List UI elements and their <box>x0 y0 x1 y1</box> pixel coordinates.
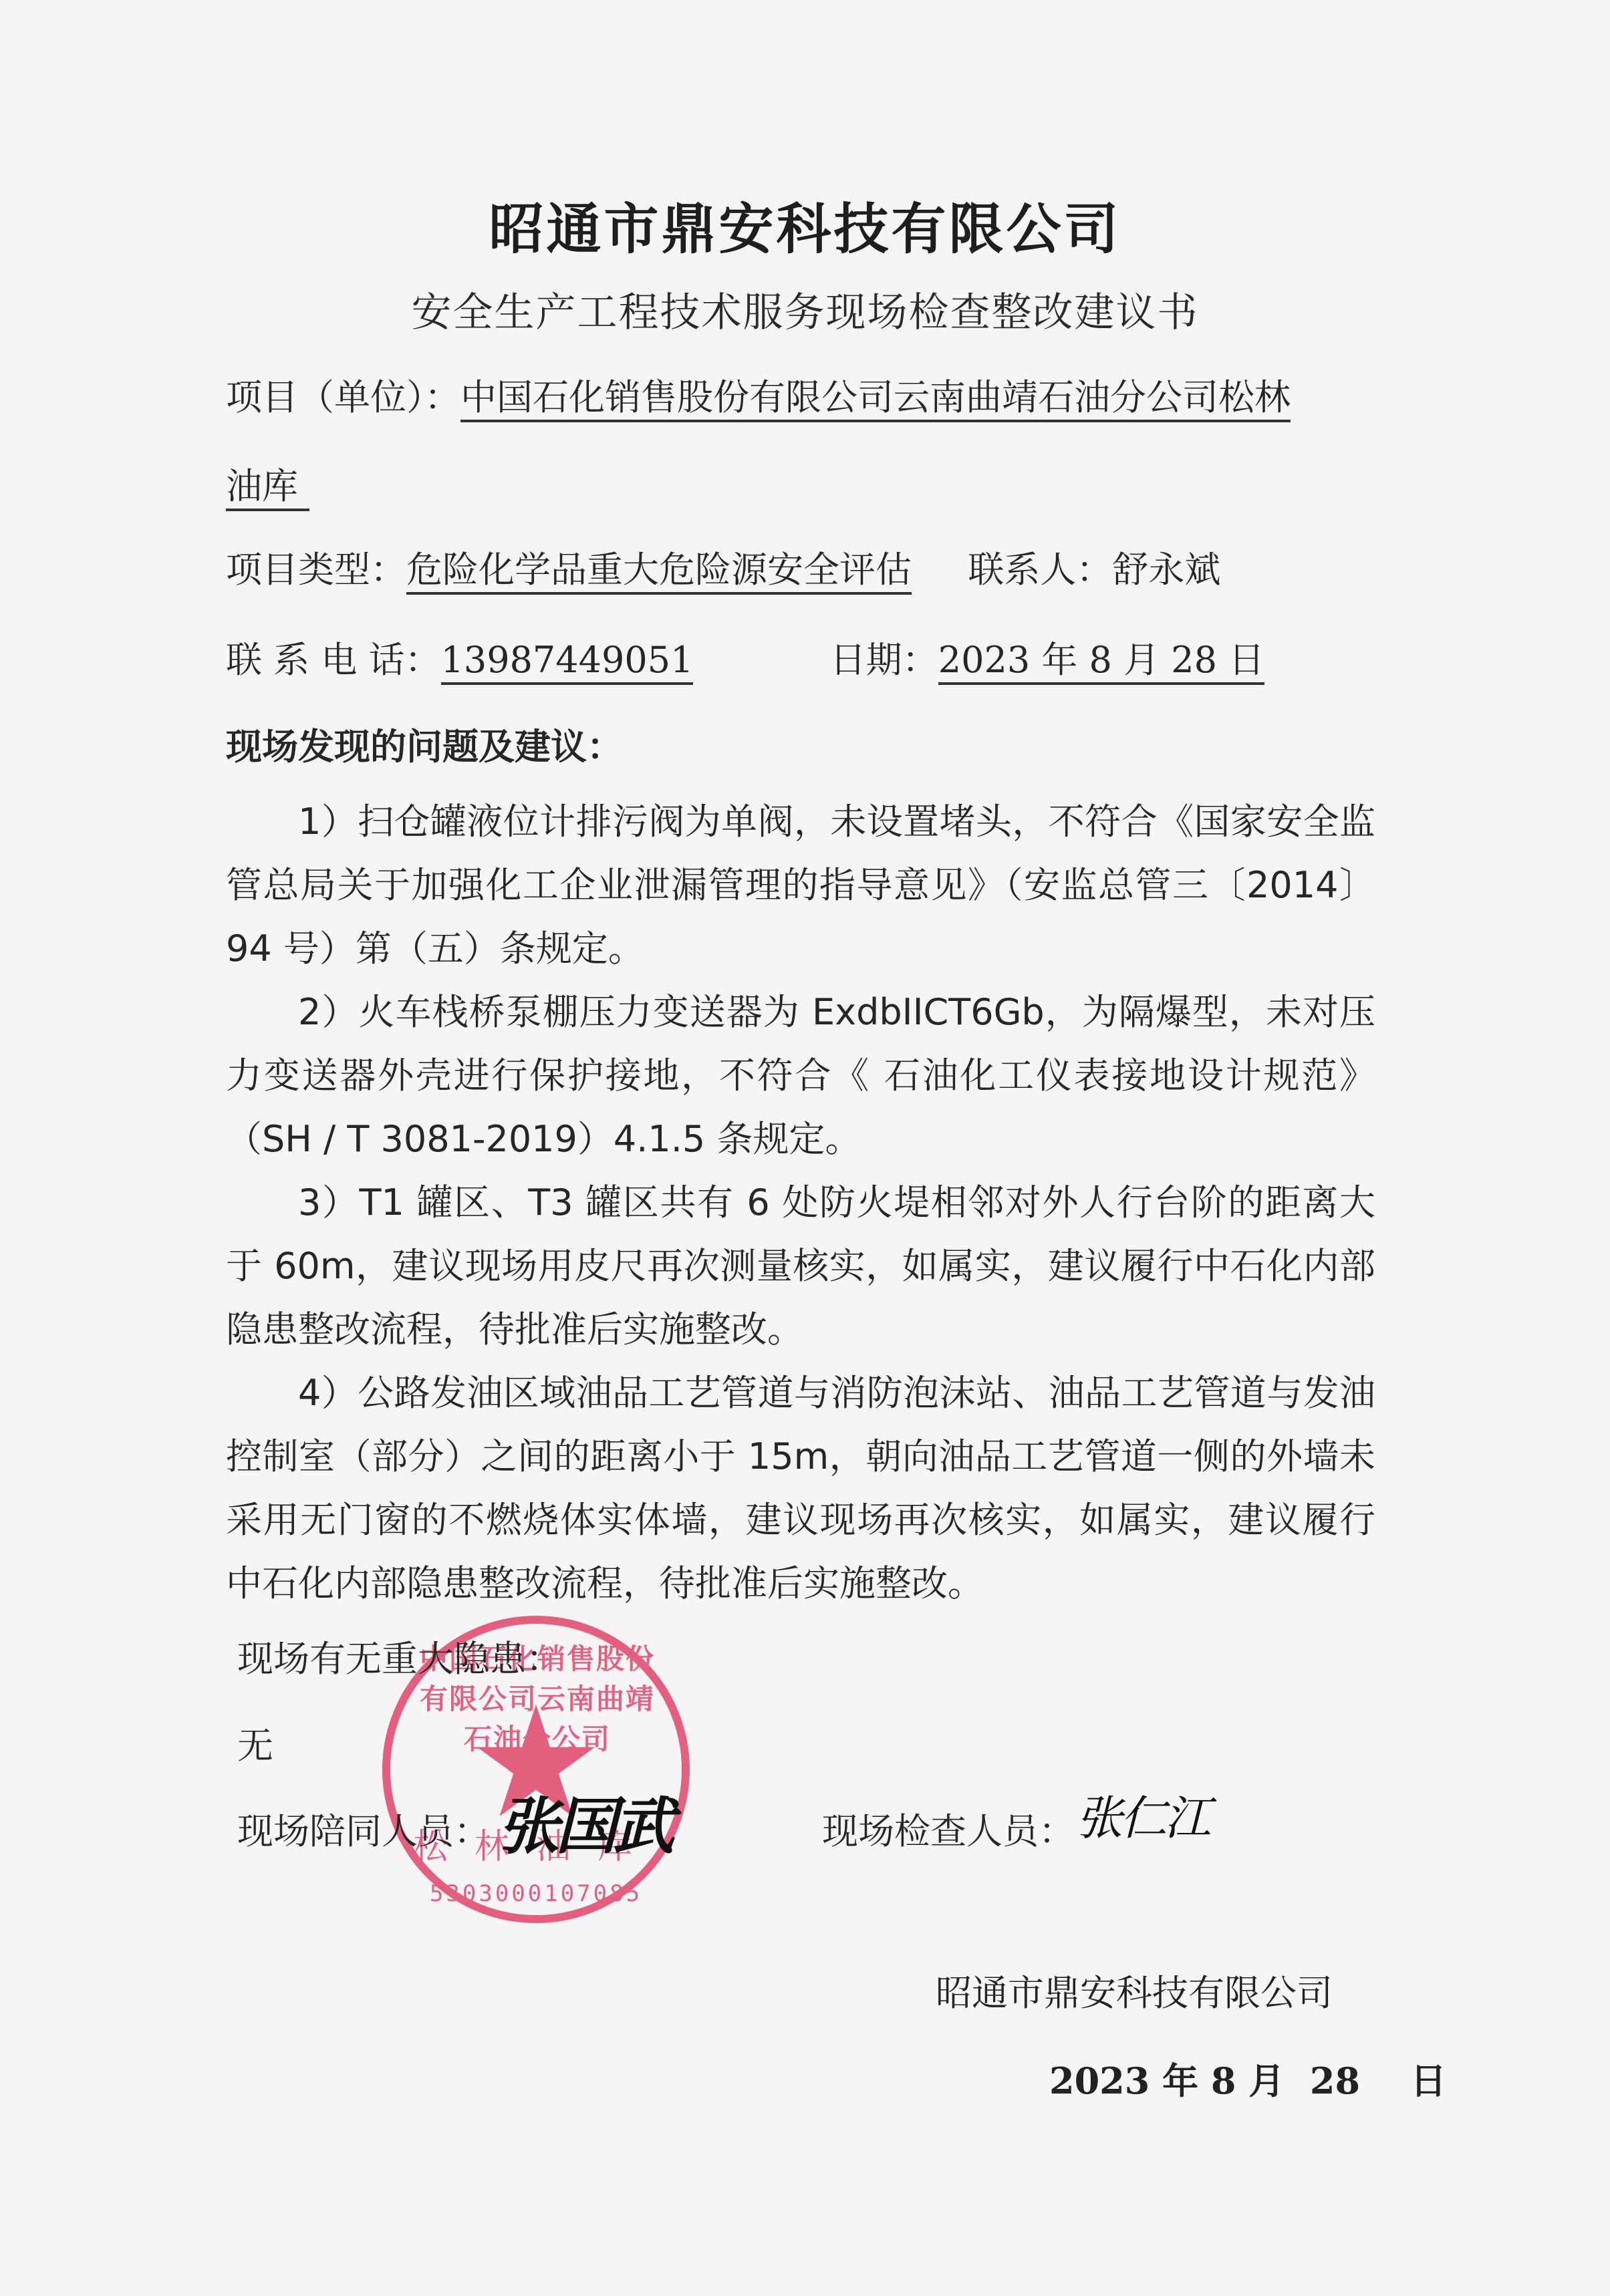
contact-label: 联系人： <box>968 549 1112 591</box>
accompany-signature: 张国武 <box>498 1777 670 1866</box>
project-value-cont: 油库 <box>226 465 298 511</box>
finding-item: 1）扫仓罐液位计排污阀为单阀，未设置堵头，不符合《国家安全监管总局关于加强化工企… <box>226 790 1375 980</box>
accompany-label: 现场陪同人员： <box>237 1803 490 1854</box>
seal-code: 5303000107085 <box>390 1880 682 1907</box>
phone-row: 联 系 电 话：13987449051 日期：2023 年 8 月 28 日 <box>226 631 1264 683</box>
company-title: 昭通市鼎安科技有限公司 <box>0 186 1610 264</box>
inspector-label: 现场检查人员： <box>822 1803 1075 1854</box>
phone-value: 13987449051 <box>441 639 694 685</box>
findings-list: 1）扫仓罐液位计排污阀为单阀，未设置堵头，不符合《国家安全监管总局关于加强化工企… <box>226 790 1375 1615</box>
project-row-cont: 油库 <box>226 458 309 509</box>
type-label: 项目类型： <box>226 549 406 591</box>
hazard-value: 无 <box>237 1717 273 1769</box>
finding-item: 3）T1 罐区、T3 罐区共有 6 处防火堤相邻对外人行台阶的距离大于 60m，… <box>226 1171 1375 1361</box>
findings-heading: 现场发现的问题及建议： <box>226 718 623 770</box>
contact-value: 舒永斌 <box>1112 549 1220 591</box>
project-row: 项目（单位）：中国石化销售股份有限公司云南曲靖石油分公司松林 <box>226 369 1291 420</box>
date-label: 日期： <box>830 639 938 681</box>
date-value: 2023 年 8 月 28 日 <box>938 639 1264 685</box>
document-title: 安全生产工程技术服务现场检查整改建议书 <box>0 281 1610 338</box>
finding-item: 2）火车栈桥泵棚压力变送器为 ExdbIICT6Gb，为隔爆型，未对压力变送器外… <box>226 980 1375 1171</box>
type-value: 危险化学品重大危险源安全评估 <box>406 549 912 595</box>
type-row: 项目类型：危险化学品重大危险源安全评估 联系人：舒永斌 <box>226 541 1220 593</box>
hazard-label: 现场有无重大隐患： <box>237 1630 562 1682</box>
phone-label: 联 系 电 话： <box>226 639 441 681</box>
footer-company: 昭通市鼎安科技有限公司 <box>936 1965 1333 2016</box>
project-value: 中国石化销售股份有限公司云南曲靖石油分公司松林 <box>460 376 1291 422</box>
project-label: 项目（单位）： <box>226 376 460 418</box>
inspector-signature: 张仁江 <box>1076 1781 1208 1848</box>
finding-item: 4）公路发油区域油品工艺管道与消防泡沫站、油品工艺管道与发油控制室（部分）之间的… <box>226 1361 1375 1615</box>
footer-date: 2023 年 8 月 28 日 <box>1049 2053 1446 2104</box>
